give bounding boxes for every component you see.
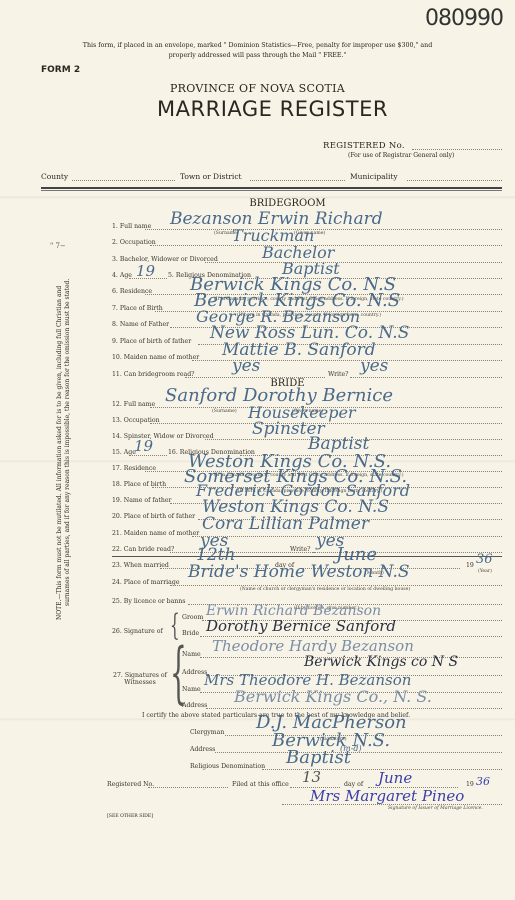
groom-age-value[interactable]: 19	[136, 262, 155, 280]
when-married-year[interactable]: 36	[476, 552, 493, 567]
groom-can-write-label: Write?	[328, 371, 348, 378]
side-note: NOTE.—This form must not be mutilated. A…	[56, 200, 72, 620]
place-line	[170, 585, 502, 586]
marriage-divider	[112, 556, 502, 557]
bride-father-birthplace-label: 20. Place of birth of father	[112, 513, 195, 520]
bride-father-label: 19. Name of father	[112, 497, 171, 504]
bride-age-value[interactable]: 19	[134, 437, 153, 455]
licence-label: 25. By licence or banns	[112, 598, 185, 605]
bride-full-name-label: 12. Full name	[112, 401, 155, 408]
clergy-denomination-note: (m-d)	[340, 744, 362, 753]
groom-father-label: 8. Name of Father	[112, 321, 169, 328]
witness2-name-label: Name	[182, 686, 201, 693]
witness1-name[interactable]: Theodore Hardy Bezanson	[212, 637, 414, 655]
bride-can-read-label: 22. Can bride read?	[112, 546, 174, 553]
bride-surname-hint: (Surname)	[212, 409, 237, 414]
town-label: Town or District	[180, 172, 242, 181]
filed-month[interactable]: June	[378, 769, 412, 787]
header-divider	[41, 187, 502, 189]
bride-age-line	[129, 455, 167, 456]
filed-year-prefix: 19	[466, 781, 474, 788]
witnesses-label: 27. Signatures of Witnesses	[105, 672, 175, 686]
province-heading: PROVINCE OF NOVA SCOTIA	[0, 82, 515, 95]
bride-signature[interactable]: Dorothy Bernice Sanford	[206, 617, 396, 635]
see-other-side: [SEE OTHER SIDE]	[107, 814, 153, 819]
groom-can-read-value[interactable]: yes	[232, 356, 260, 376]
municipality-field[interactable]	[407, 180, 502, 181]
groom-mother-label: 10. Maiden name of mother	[112, 354, 199, 361]
issuer-signature[interactable]: Mrs Margaret Pineo	[310, 787, 464, 805]
issuer-hint: Signature of Issuer of Marriage Licence.	[388, 806, 483, 811]
mail-notice-line1: This form, if placed in an envelope, mar…	[0, 42, 515, 49]
witness1-address[interactable]: Berwick Kings co N S	[304, 654, 458, 670]
bride-mother-label: 21. Maiden name of mother	[112, 530, 199, 537]
filed-day[interactable]: 13	[302, 768, 321, 786]
place-hint: (Name of church or clergyman's residence…	[240, 587, 410, 592]
header-divider-thin	[41, 190, 502, 191]
signature-of-label: 26. Signature of	[112, 628, 163, 635]
registered-no-field[interactable]	[412, 149, 502, 150]
side-note-line2: surnames of all parties, and if for any …	[64, 200, 72, 620]
year-hint: (Year)	[478, 569, 492, 574]
groom-status-line	[205, 262, 502, 263]
clergyman-label: Clergyman	[190, 729, 224, 736]
groom-sig-label: Groom	[182, 614, 203, 621]
registered-no-hint: (For use of Registrar General only)	[348, 152, 454, 159]
registered-no-label: REGISTERED No.	[323, 141, 405, 151]
side-note-line1: NOTE.—This form must not be mutilated. A…	[56, 200, 64, 620]
bridegroom-heading: BRIDEGROOM	[60, 198, 515, 209]
bride-occupation-line	[150, 423, 502, 424]
clergy-denomination-label: Religious Denomination	[190, 763, 265, 770]
bride-mother-line	[192, 536, 502, 537]
groom-can-write-value[interactable]: yes	[360, 356, 388, 376]
groom-full-name-line	[145, 229, 502, 230]
groom-father-birthplace-label: 9. Place of birth of father	[112, 338, 191, 345]
county-field[interactable]	[72, 180, 175, 181]
margin-mark: " 7−	[50, 242, 66, 250]
county-label: County	[41, 172, 68, 181]
bride-status-label: 14. Spinster, Widow or Divorced	[112, 433, 214, 440]
municipality-label: Municipality	[350, 172, 398, 181]
form-label: FORM 2	[41, 65, 80, 75]
registered-no-bottom-field[interactable]	[148, 787, 228, 788]
marriage-register-page: 080990 This form, if placed in an envelo…	[0, 0, 515, 900]
year-prefix: 19	[466, 562, 474, 569]
witness2-address-line	[206, 708, 502, 709]
place-value[interactable]: Bride's Home Weston N.S	[188, 562, 410, 582]
mail-notice-line2: properly addressed will pass through the…	[0, 52, 515, 59]
witness2-address-label: Address	[182, 702, 207, 709]
clergy-address-label: Address	[190, 746, 215, 753]
bride-can-write-label: Write?	[290, 546, 310, 553]
groom-status-label: 3. Bachelor, Widower or Divorced	[112, 256, 218, 263]
filed-label: Filed at this office	[232, 781, 289, 788]
stamp-number: 080990	[425, 6, 503, 31]
witness2-address[interactable]: Berwick Kings Co., N. S.	[234, 687, 432, 706]
town-field[interactable]	[250, 180, 345, 181]
witnesses-label-line1: 27. Signatures of	[105, 672, 175, 679]
filed-year[interactable]: 36	[476, 775, 490, 788]
witness1-name-label: Name	[182, 651, 201, 658]
groom-can-read-label: 11. Can bridegroom read?	[112, 371, 195, 378]
witnesses-label-line2: Witnesses	[105, 679, 175, 686]
page-title: MARRIAGE REGISTER	[0, 97, 515, 121]
